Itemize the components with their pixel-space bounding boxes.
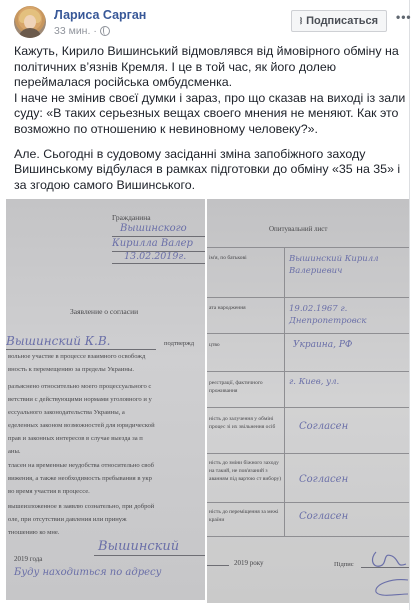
table-row-label: цтво [209, 342, 220, 348]
doc-date-label: 2019 года [14, 555, 42, 563]
doc-line: вышеизложенное в заявлю сознательно, при… [8, 503, 154, 510]
doc-line: вижения, а также необходимость пребывани… [8, 475, 152, 482]
photo-questionnaire[interactable]: Опитувальний лист ім'я, по батькові Выши… [207, 199, 409, 603]
doc-line: ессуального законодательства Украины, а [8, 409, 125, 416]
doc-line: оле, при отсутствии давления или принуж [8, 516, 127, 523]
facebook-post-card: Лариса Сарган 33 мин. · ⧘ Подписаться ••… [0, 0, 410, 610]
doc-line: еделенных законом возможностей для юриди… [8, 422, 155, 429]
table-row-value: г. Киев, ул. [289, 377, 339, 387]
handwritten-signature: Вышинский [98, 539, 179, 554]
author-avatar[interactable] [14, 6, 46, 38]
underline [112, 236, 205, 237]
doc-line: прав и законных интересов в случае выезд… [8, 435, 143, 442]
doc-line: вность к перемещению за пределы Украины. [8, 366, 134, 373]
table-rule [207, 407, 409, 408]
doc-line: аны. [8, 448, 21, 455]
table-row-value: Вышинский Кирилл Валериевич [289, 253, 407, 277]
table-row-value: 19.02.1967 г. Днепропетровск [289, 303, 407, 327]
subscribe-button[interactable]: ⧘ Подписаться [291, 10, 387, 32]
subscribe-label: Подписаться [306, 15, 378, 27]
table-row-label: реєстрації, фактичного проживання [209, 379, 283, 395]
photo-consent-statement[interactable]: Гражданина Вышинского Кирилла Валер 13.0… [6, 199, 205, 600]
table-rule [207, 247, 409, 248]
handwritten-line: Кирилла Валер [112, 238, 193, 249]
table-row-value: Согласен [299, 474, 348, 485]
avatar-body [18, 28, 42, 38]
doc-line: тношению ко мне. [8, 529, 59, 536]
table-row-label: ім'я, по батькові [209, 255, 247, 261]
table-row-label: ність до переміщення за межі країни [209, 508, 283, 524]
table-row-label: ність до залучення у обміні процес зі их… [209, 415, 283, 431]
table-rule [207, 502, 409, 503]
doc-line: вольное участие в процессе взаимного осв… [8, 353, 145, 360]
signature-line [94, 555, 205, 556]
doc-title: Опитувальний лист [269, 225, 327, 233]
doc-date-label: 2019 року [234, 559, 264, 567]
table-rule [207, 536, 409, 537]
author-name[interactable]: Лариса Сарган [54, 8, 146, 22]
table-rule [207, 333, 409, 334]
doc-line: разъяснено относительно моего процессуал… [8, 383, 151, 390]
table-row-value: Согласен [299, 421, 348, 432]
handwritten-line: 13.02.2019г. [124, 251, 186, 262]
post-header: Лариса Сарган 33 мин. · ⧘ Подписаться ••… [14, 6, 410, 42]
doc-line: подтвержд [164, 340, 194, 347]
table-row-value: Согласен [299, 511, 348, 522]
table-divider [284, 475, 285, 536]
table-rule [207, 453, 409, 454]
rss-icon: ⧘ [300, 16, 302, 27]
table-rule [207, 297, 409, 298]
avatar-face [24, 15, 36, 29]
post-timestamp[interactable]: 33 мин. [54, 25, 90, 37]
table-row-label: ата народження [209, 305, 246, 311]
doc-title: Заявление о согласии [70, 307, 138, 316]
handwritten-footer: Буду находиться по адресу [14, 567, 161, 578]
handwritten-line: Вышинского [120, 223, 187, 234]
table-rule [207, 371, 409, 372]
handwritten-name: Вышинский К.В. [6, 334, 110, 348]
doc-header-label: Гражданина [112, 213, 151, 222]
underline [6, 349, 156, 350]
more-options-icon[interactable]: ••• [396, 10, 412, 24]
date-underline [207, 565, 229, 566]
signature-label: Підпис [334, 561, 354, 568]
doc-line: ветствии с действующими нормами уголовно… [8, 396, 152, 403]
post-paragraph: Але. Сьогодні в судовому засіданні зміна… [14, 147, 406, 194]
doc-line: тласен на временные неудобства относител… [8, 462, 154, 469]
post-paragraph: Кажуть, Кирило Вишинський відмовлявся ві… [14, 44, 406, 91]
signature-scribble-icon [362, 544, 409, 599]
table-row-label: ність до зміни біжного заходу на такий, … [209, 459, 283, 483]
post-meta: 33 мин. · [54, 25, 110, 37]
meta-separator: · [93, 25, 97, 37]
table-row-value: Украина, РФ [293, 339, 373, 352]
post-paragraph: І наче не змінив своєї думки і зараз, пр… [14, 91, 406, 138]
underline [112, 263, 205, 264]
post-text: Кажуть, Кирило Вишинський відмовлявся ві… [14, 44, 406, 193]
globe-icon [100, 26, 110, 36]
doc-line: во время участия в процессе. [8, 488, 90, 495]
table-divider [284, 247, 285, 475]
